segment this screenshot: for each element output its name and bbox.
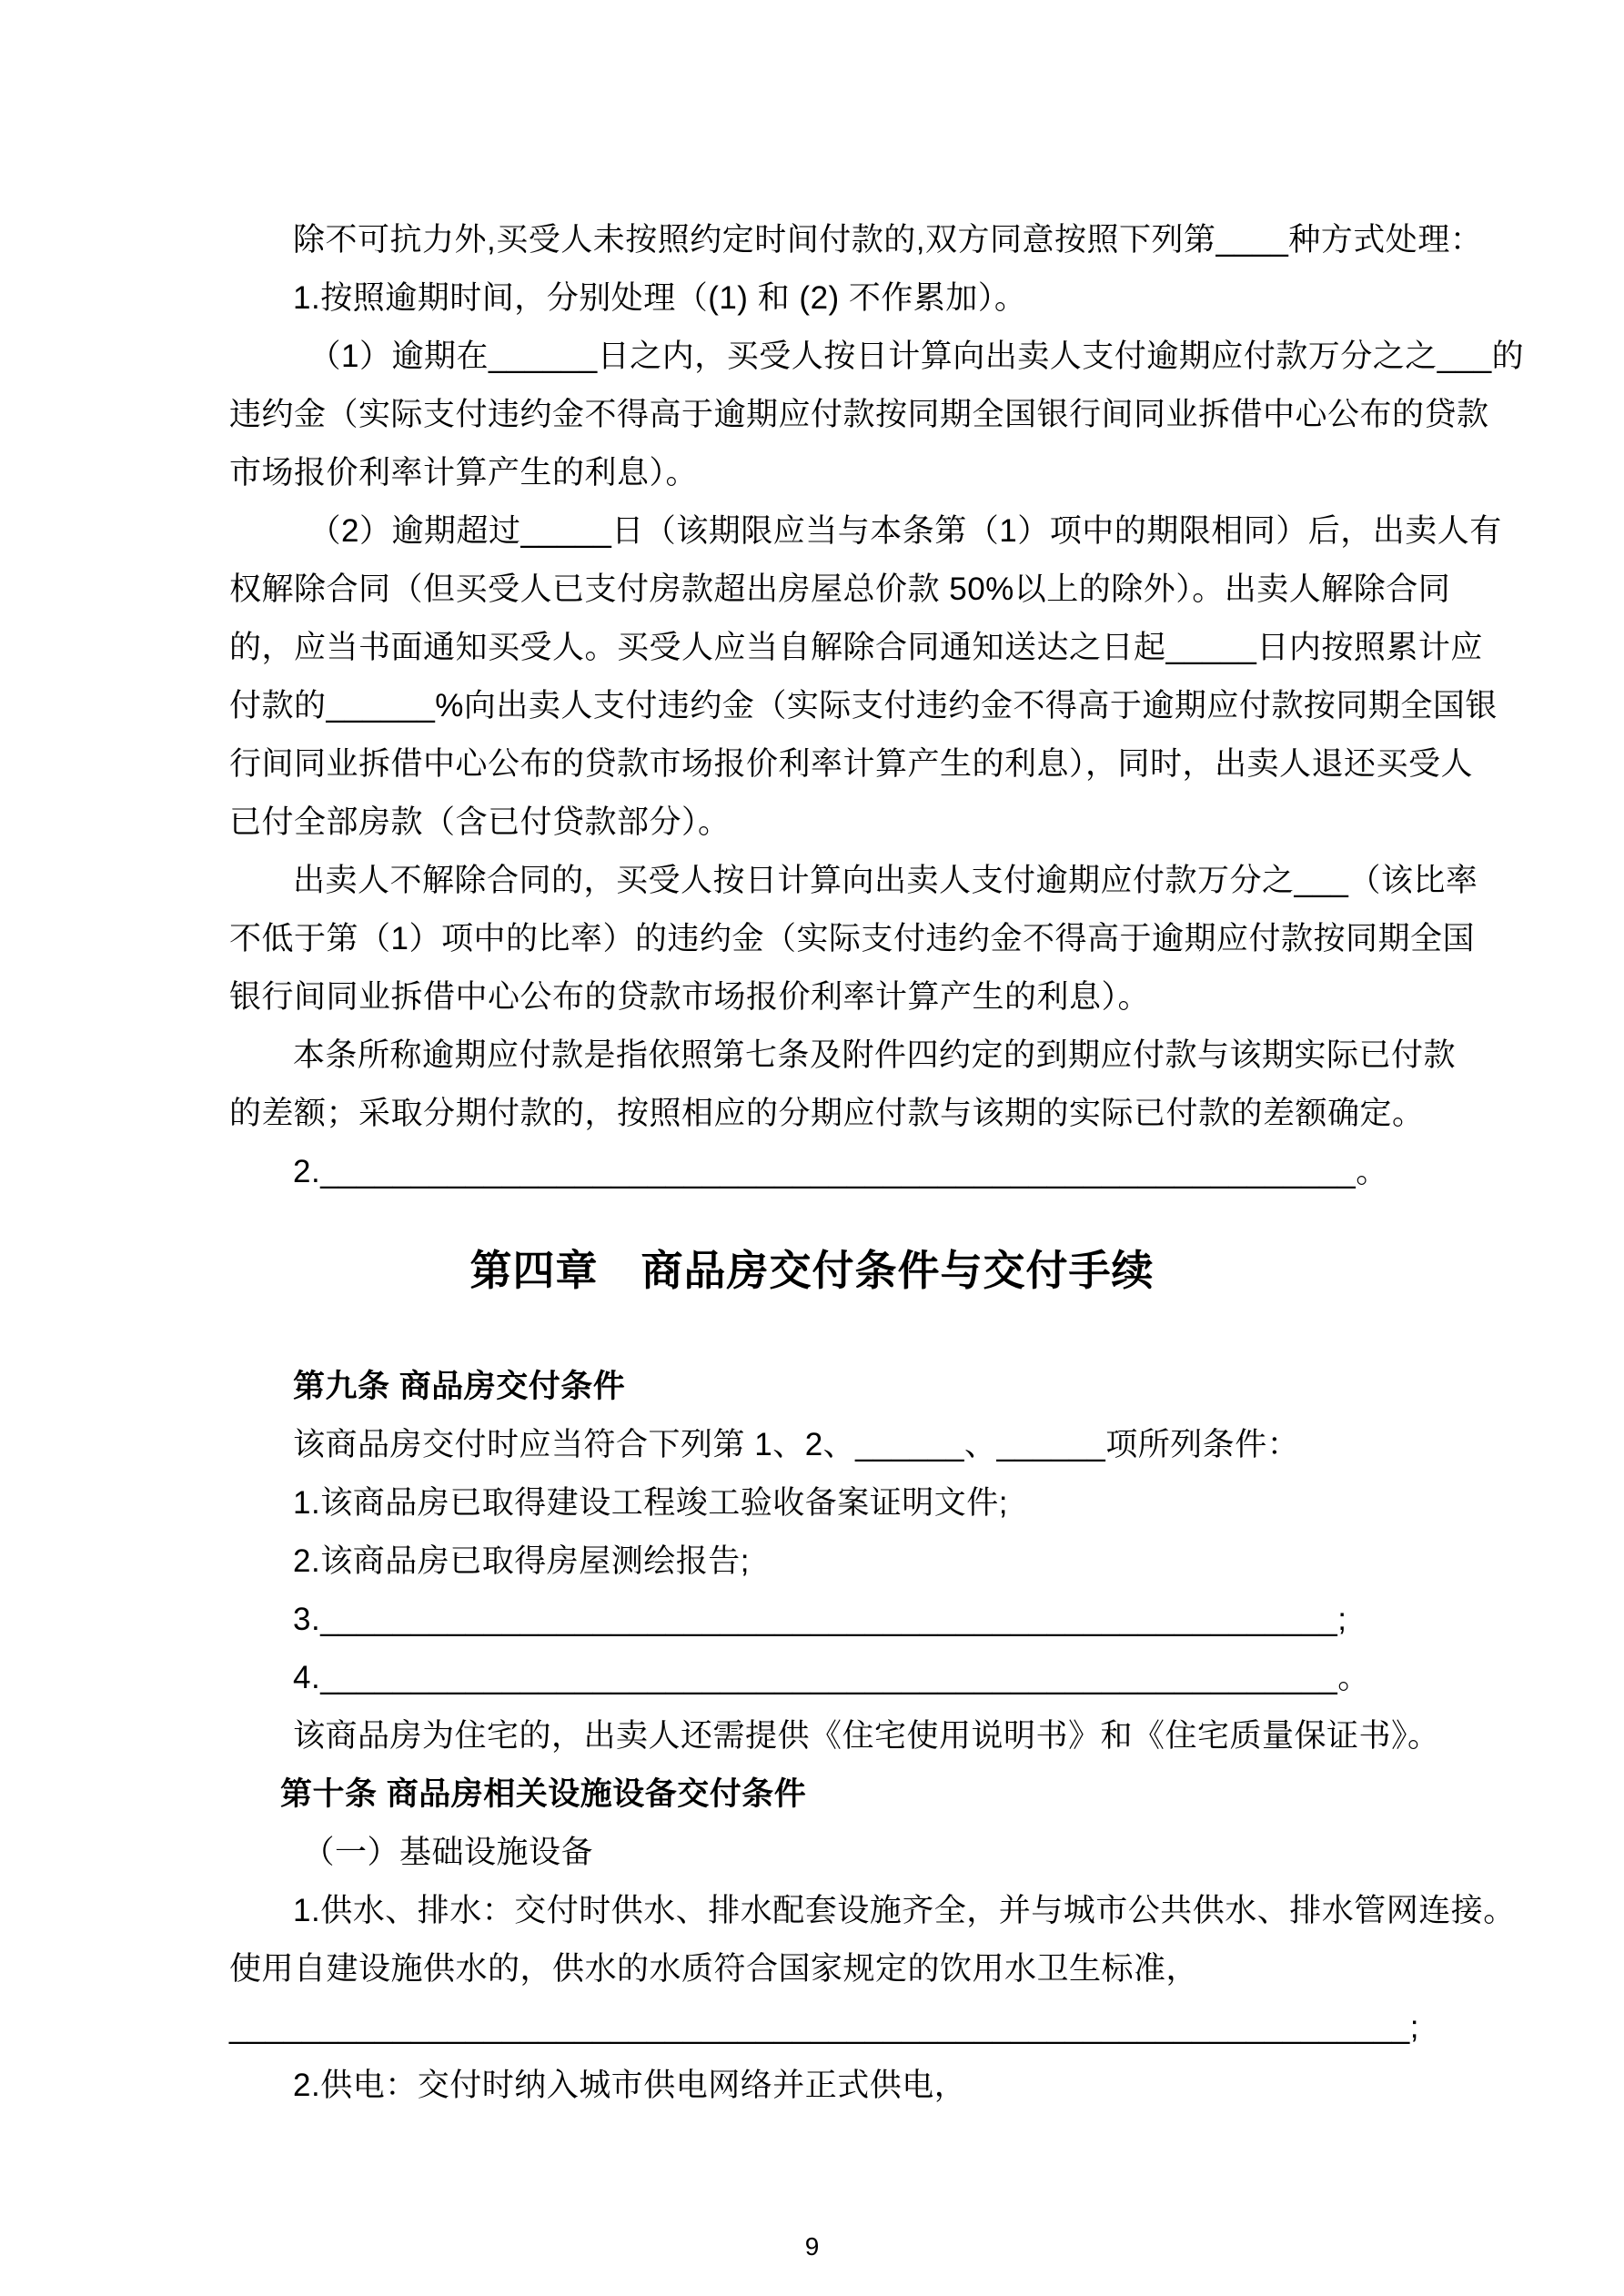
overdue-payment-clause-block: 除不可抗力外,买受人未按照约定时间付款的,双方同意按照下列第____种方式处理：…	[0, 0, 1624, 1201]
contract-line: 使用自建设施供水的，供水的水质符合国家规定的饮用水卫生标准，	[229, 1940, 1395, 1998]
contract-line: 银行间同业拆借中心公布的贷款市场报价利率计算产生的利息）。	[229, 968, 1395, 1027]
contract-line: 第九条 商品房交付条件	[229, 1358, 1395, 1416]
contract-document-page: 除不可抗力外,买受人未按照约定时间付款的,双方同意按照下列第____种方式处理：…	[0, 0, 1624, 2296]
contract-line: （一）基础设施设备	[229, 1824, 1395, 1882]
contract-line: 3.______________________________________…	[229, 1591, 1395, 1649]
contract-line: 2.该商品房已取得房屋测绘报告;	[229, 1532, 1395, 1591]
contract-line: 本条所称逾期应付款是指依照第七条及附件四约定的到期应付款与该期实际已付款	[229, 1027, 1395, 1085]
contract-line: 该商品房为住宅的，出卖人还需提供《住宅使用说明书》和《住宅质量保证书》。	[229, 1707, 1395, 1765]
contract-line: （1）逾期在______日之内，买受人按日计算向出卖人支付逾期应付款万分之之__…	[229, 328, 1395, 386]
chapter-heading: 第四章 商品房交付条件与交付手续	[0, 1243, 1624, 1298]
contract-line: 已付全部房款（含已付贷款部分）。	[229, 794, 1395, 852]
contract-line: 权解除合同（但买受人已支付房款超出房屋总价款 50%以上的除外）。出卖人解除合同	[229, 561, 1395, 619]
contract-line: 2.______________________________________…	[229, 1143, 1395, 1201]
delivery-conditions-clause-block: 第九条 商品房交付条件该商品房交付时应当符合下列第 1、2、______、___…	[0, 1358, 1624, 2115]
contract-line: 市场报价利率计算产生的利息）。	[229, 444, 1395, 502]
contract-line: ________________________________________…	[229, 1998, 1395, 2057]
contract-line: 第十条 商品房相关设施设备交付条件	[229, 1765, 1395, 1824]
contract-line: 行间同业拆借中心公布的贷款市场报价利率计算产生的利息），同时，出卖人退还买受人	[229, 735, 1395, 794]
contract-line: 的，应当书面通知买受人。买受人应当自解除合同通知送达之日起_____日内按照累计…	[229, 619, 1395, 677]
contract-line: 2.供电：交付时纳入城市供电网络并正式供电，	[229, 2057, 1395, 2115]
contract-line: 不低于第（1）项中的比率）的违约金（实际支付违约金不得高于逾期应付款按同期全国	[229, 910, 1395, 968]
contract-line: 付款的______%向出卖人支付违约金（实际支付违约金不得高于逾期应付款按同期全…	[229, 677, 1395, 735]
contract-line: 该商品房交付时应当符合下列第 1、2、______、______项所列条件：	[229, 1416, 1395, 1474]
contract-line: 1.该商品房已取得建设工程竣工验收备案证明文件;	[229, 1474, 1395, 1532]
page-number: 9	[0, 2232, 1624, 2261]
contract-line: 1.供水、排水：交付时供水、排水配套设施齐全，并与城市公共供水、排水管网连接。	[229, 1882, 1395, 1940]
contract-line: 1.按照逾期时间，分别处理（(1) 和 (2) 不作累加）。	[229, 269, 1395, 328]
contract-line: 的差额；采取分期付款的，按照相应的分期应付款与该期的实际已付款的差额确定。	[229, 1085, 1395, 1143]
contract-line: 除不可抗力外,买受人未按照约定时间付款的,双方同意按照下列第____种方式处理：	[229, 211, 1395, 269]
contract-line: 出卖人不解除合同的，买受人按日计算向出卖人支付逾期应付款万分之___（该比率	[229, 852, 1395, 910]
contract-line: 违约金（实际支付违约金不得高于逾期应付款按同期全国银行间同业拆借中心公布的贷款	[229, 386, 1395, 444]
contract-line: 4.______________________________________…	[229, 1649, 1395, 1707]
contract-line: （2）逾期超过_____日（该期限应当与本条第（1）项中的期限相同）后，出卖人有	[229, 502, 1395, 561]
